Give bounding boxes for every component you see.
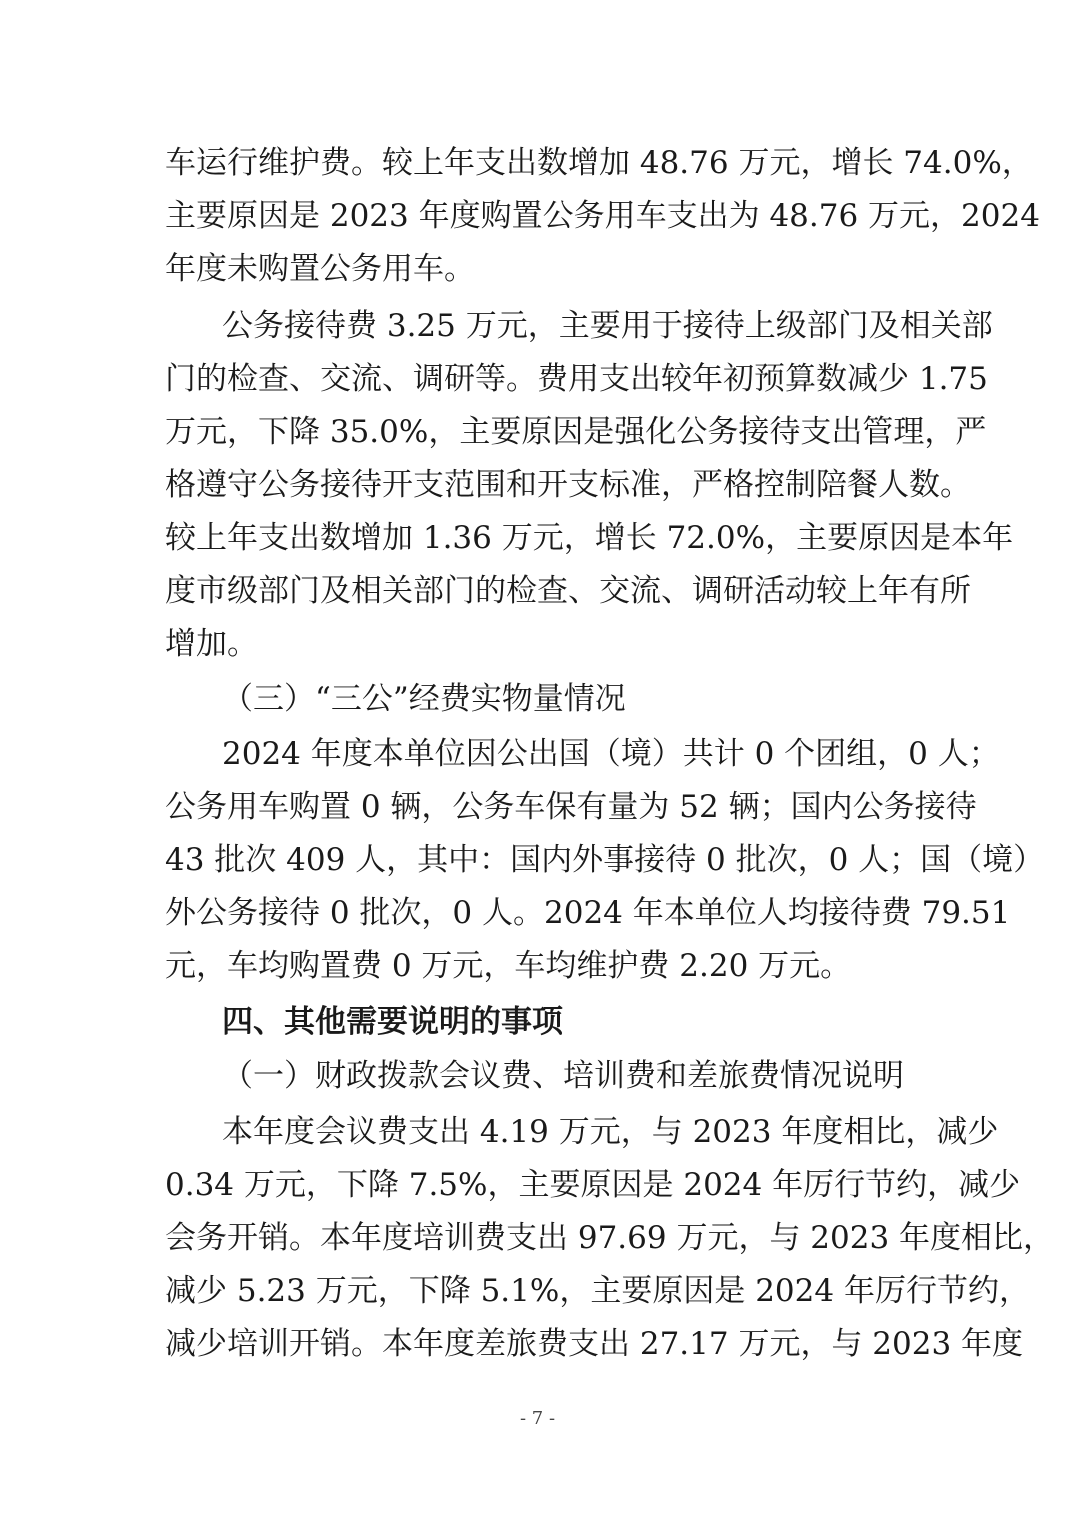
text-line: 增加。: [165, 618, 917, 670]
text-line: 外公务接待 0 批次，0 人。2024 年本单位人均接待费 79.51: [165, 887, 917, 939]
text-line: 公务用车购置 0 辆，公务车保有量为 52 辆；国内公务接待: [165, 781, 917, 833]
text-line: 减少培训开销。本年度差旅费支出 27.17 万元，与 2023 年度: [165, 1318, 917, 1370]
text-line: 0.34 万元，下降 7.5%，主要原因是 2024 年厉行节约，减少: [165, 1159, 917, 1211]
document-page: 车运行维护费。较上年支出数增加 48.76 万元，增长 74.0%， 主要原因是…: [0, 0, 1075, 1520]
text-line: 度市级部门及相关部门的检查、交流、调研活动较上年有所: [165, 565, 917, 617]
page-number: - 7 -: [0, 1408, 1075, 1429]
text-line: 主要原因是 2023 年度购置公务用车支出为 48.76 万元，2024: [165, 190, 917, 242]
text-line: 减少 5.23 万元，下降 5.1%，主要原因是 2024 年厉行节约，: [165, 1265, 917, 1317]
text-line: 会务开销。本年度培训费支出 97.69 万元，与 2023 年度相比，: [165, 1212, 917, 1264]
text-line: 年度未购置公务用车。: [165, 243, 917, 295]
subsection-heading-4-1: （一）财政拨款会议费、培训费和差旅费情况说明: [222, 1050, 917, 1102]
section-heading-4: 四、其他需要说明的事项: [222, 996, 917, 1048]
text-line: 门的检查、交流、调研等。费用支出较年初预算数减少 1.75: [165, 353, 917, 405]
text-line: 43 批次 409 人，其中：国内外事接待 0 批次，0 人；国（境）: [165, 834, 917, 886]
text-line: 元，车均购置费 0 万元，车均维护费 2.20 万元。: [165, 940, 917, 992]
text-line: 车运行维护费。较上年支出数增加 48.76 万元，增长 74.0%，: [165, 137, 917, 189]
text-line: 2024 年度本单位因公出国（境）共计 0 个团组，0 人；: [222, 728, 917, 780]
text-line: 本年度会议费支出 4.19 万元，与 2023 年度相比，减少: [222, 1106, 917, 1158]
text-line: 万元，下降 35.0%，主要原因是强化公务接待支出管理，严: [165, 406, 917, 458]
text-line: 较上年支出数增加 1.36 万元，增长 72.0%，主要原因是本年: [165, 512, 917, 564]
text-line: 公务接待费 3.25 万元，主要用于接待上级部门及相关部: [222, 300, 917, 352]
section-heading-3: （三）“三公”经费实物量情况: [222, 673, 917, 725]
text-line: 格遵守公务接待开支范围和开支标准，严格控制陪餐人数。: [165, 459, 917, 511]
